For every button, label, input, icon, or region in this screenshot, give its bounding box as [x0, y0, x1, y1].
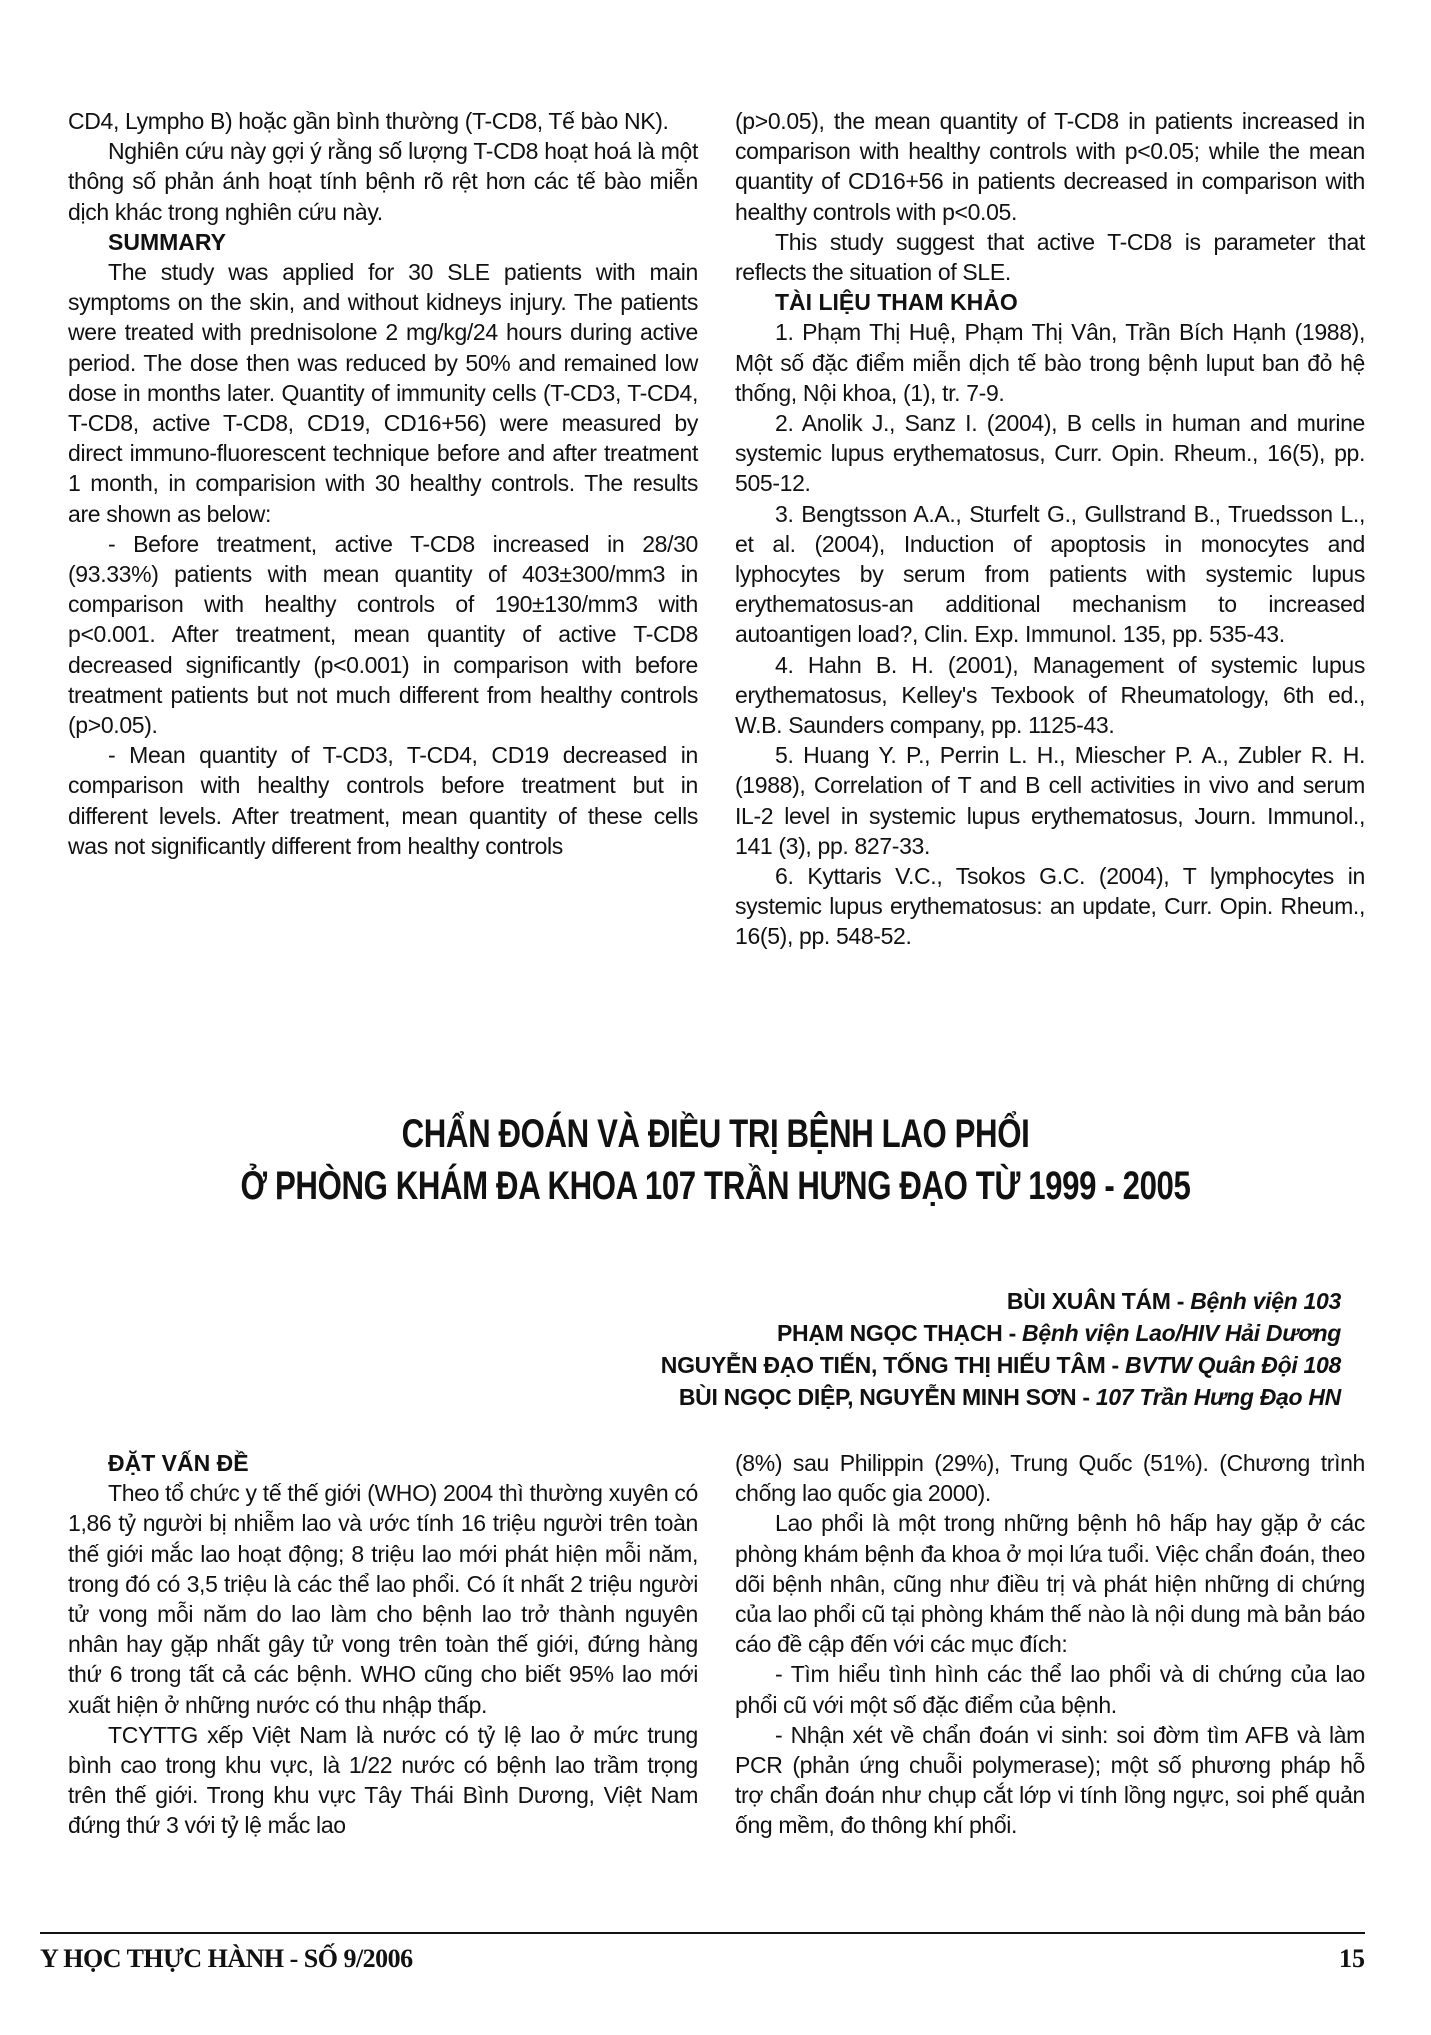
reference-item: 1. Phạm Thị Huệ, Phạm Thị Vân, Trần Bích… [735, 317, 1365, 408]
footer-divider [40, 1932, 1365, 1934]
reference-item: 5. Huang Y. P., Perrin L. H., Miescher P… [735, 740, 1365, 861]
journal-name: Y HỌC THỰC HÀNH - SỐ 9/2006 [40, 1944, 413, 1974]
author-line: PHẠM NGỌC THẠCH - Bệnh viện Lao/HIV Hải … [441, 1317, 1341, 1349]
paragraph: The study was applied for 30 SLE patient… [68, 257, 698, 529]
paragraph: Lao phổi là một trong những bệnh hô hấp … [735, 1508, 1365, 1659]
author-separator: - [1105, 1352, 1125, 1378]
author-names: NGUYỄN ĐẠO TIẾN, TỐNG THỊ HIẾU TÂM [661, 1352, 1106, 1378]
author-separator: - [1002, 1320, 1022, 1346]
paragraph: (p>0.05), the mean quantity of T-CD8 in … [735, 106, 1365, 227]
prev-article-right-column: (p>0.05), the mean quantity of T-CD8 in … [735, 106, 1365, 952]
page-number: 15 [1339, 1944, 1365, 1974]
author-line: BÙI XUÂN TÁM - Bệnh viện 103 [441, 1285, 1341, 1317]
author-names: BÙI XUÂN TÁM [1007, 1288, 1171, 1314]
article-title-line-1: CHẨN ĐOÁN VÀ ĐIỀU TRỊ BỆNH LAO PHỔI [157, 1108, 1273, 1160]
bullet-item: - Nhận xét về chẩn đoán vi sinh: soi đờm… [735, 1720, 1365, 1841]
article-left-column: ĐẶT VẤN ĐỀ Theo tổ chức y tế thế giới (W… [68, 1448, 698, 1841]
author-affiliation: 107 Trần Hưng Đạo HN [1096, 1384, 1341, 1410]
paragraph: CD4, Lympho B) hoặc gần bình thường (T-C… [68, 106, 698, 136]
author-affiliation: BVTW Quân Đội 108 [1125, 1352, 1341, 1378]
article-title-line-2: Ở PHÒNG KHÁM ĐA KHOA 107 TRẦN HƯNG ĐẠO T… [157, 1160, 1273, 1212]
author-affiliation: Bệnh viện Lao/HIV Hải Dương [1022, 1320, 1341, 1346]
paragraph: - Before treatment, active T-CD8 increas… [68, 529, 698, 740]
author-affiliation: Bệnh viện 103 [1190, 1288, 1341, 1314]
author-separator: - [1171, 1288, 1191, 1314]
author-separator: - [1076, 1384, 1096, 1410]
reference-item: 6. Kyttaris V.C., Tsokos G.C. (2004), T … [735, 861, 1365, 952]
reference-item: 2. Anolik J., Sanz I. (2004), B cells in… [735, 408, 1365, 499]
reference-item: 3. Bengtsson A.A., Sturfelt G., Gullstra… [735, 499, 1365, 650]
section-heading-summary: SUMMARY [68, 227, 698, 257]
author-line: BÙI NGỌC DIỆP, NGUYỄN MINH SƠN - 107 Trầ… [441, 1381, 1341, 1413]
prev-article-left-column: CD4, Lympho B) hoặc gần bình thường (T-C… [68, 106, 698, 861]
article-title: CHẨN ĐOÁN VÀ ĐIỀU TRỊ BỆNH LAO PHỔI Ở PH… [0, 1108, 1431, 1212]
author-names: PHẠM NGỌC THẠCH [777, 1320, 1003, 1346]
author-line: NGUYỄN ĐẠO TIẾN, TỐNG THỊ HIẾU TÂM - BVT… [441, 1349, 1341, 1381]
paragraph: (8%) sau Philippin (29%), Trung Quốc (51… [735, 1448, 1365, 1508]
section-heading-introduction: ĐẶT VẤN ĐỀ [68, 1448, 698, 1478]
paragraph: This study suggest that active T-CD8 is … [735, 227, 1365, 287]
article-right-column: (8%) sau Philippin (29%), Trung Quốc (51… [735, 1448, 1365, 1841]
bullet-item: - Tìm hiểu tình hình các thể lao phổi và… [735, 1659, 1365, 1719]
reference-item: 4. Hahn B. H. (2001), Management of syst… [735, 650, 1365, 741]
paragraph: - Mean quantity of T-CD3, T-CD4, CD19 de… [68, 740, 698, 861]
paragraph: Theo tổ chức y tế thế giới (WHO) 2004 th… [68, 1478, 698, 1720]
section-heading-references: TÀI LIỆU THAM KHẢO [735, 287, 1365, 317]
author-names: BÙI NGỌC DIỆP, NGUYỄN MINH SƠN [679, 1384, 1076, 1410]
paragraph: TCYTTG xếp Việt Nam là nước có tỷ lệ lao… [68, 1720, 698, 1841]
paragraph: Nghiên cứu này gợi ý rằng số lượng T-CD8… [68, 136, 698, 227]
author-list: BÙI XUÂN TÁM - Bệnh viện 103 PHẠM NGỌC T… [441, 1285, 1341, 1413]
